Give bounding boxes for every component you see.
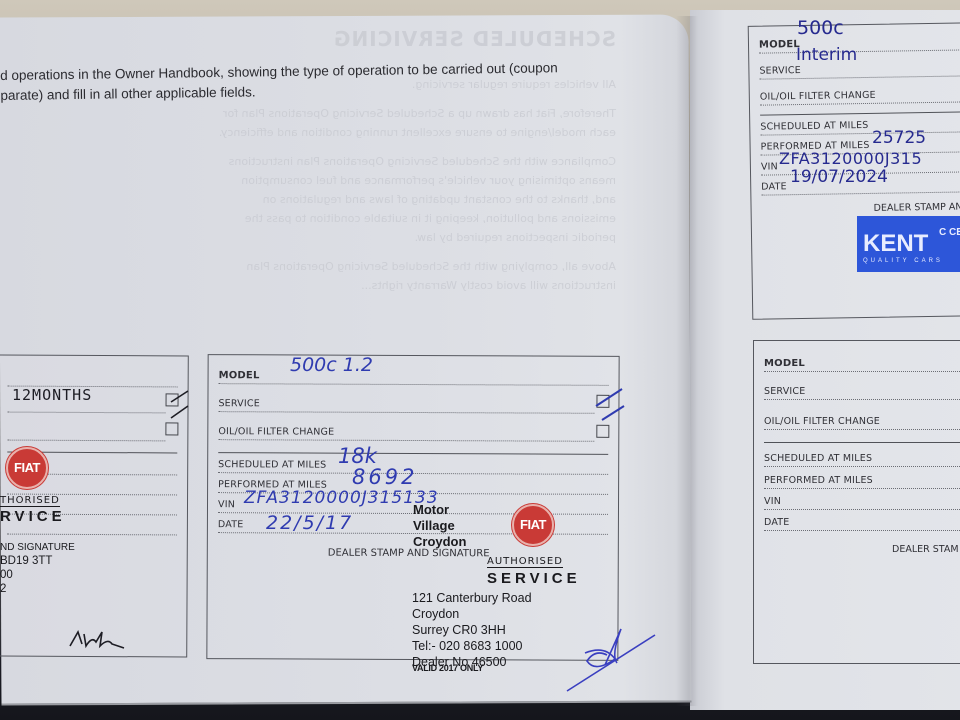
model-label: MODEL (764, 358, 805, 369)
stamp-validity: VALID 2017 ONLY (412, 663, 483, 673)
vin-label: VIN (761, 161, 778, 172)
dealer-stamp-label: ND SIGNATURE (0, 542, 75, 553)
book-gutter (676, 16, 698, 706)
oil-filter-row (7, 426, 165, 442)
scheduled-label: SCHEDULED AT MILES (764, 453, 872, 464)
service-handwritten-value: Interim (796, 45, 857, 65)
kent-dealer-stamp: KENT C CEN QUALITY CARS (857, 216, 960, 272)
dealer-name-line: Croydon (413, 534, 466, 550)
ghost-paragraph: Above all, complying with the Scheduled … (216, 257, 616, 295)
dealer-stamp-label: DEALER STAMP AN (874, 201, 960, 213)
model-label: MODEL (219, 370, 260, 381)
dealer-address: 121 Canterbury Road Croydon Surrey CR0 3… (412, 590, 532, 670)
date-handwritten-value: 19/07/2024 (790, 167, 888, 187)
performed-handwritten-value: 25725 (872, 128, 926, 148)
dealer-name-line: Motor (413, 502, 466, 518)
scheduled-row: SCHEDULED AT MILES (764, 452, 960, 467)
service-label: SERVICE (218, 398, 260, 409)
oil-filter-row: OIL/OIL FILTER CHANGE (218, 425, 594, 442)
vin-handwritten-value: ZFA3120000J315133 (244, 488, 439, 508)
service-stamp-label: RVICE (0, 508, 66, 525)
stamp-address-line: BD19 3TT (0, 555, 52, 567)
performed-handwritten-value: 8692 (352, 465, 417, 489)
address-line: Croydon (412, 606, 532, 622)
vin-label: VIN (218, 499, 235, 510)
oil-filter-row: OIL/OIL FILTER CHANGE (760, 87, 960, 105)
stamp-address-line: 2 (0, 583, 6, 595)
service-coupon-right-bottom: MODEL SERVICE OIL/OIL FILTER CHANGE SCHE… (753, 340, 960, 664)
vin-label: VIN (764, 496, 781, 507)
date-row: DATE (764, 516, 960, 531)
authorised-label: AUTHORISED (487, 556, 563, 568)
dealer-stamp: Motor Village Croydon (413, 502, 466, 550)
oil-filter-label: OIL/OIL FILTER CHANGE (764, 416, 880, 427)
oil-filter-checkbox[interactable] (596, 425, 609, 438)
date-label: DATE (764, 517, 790, 528)
model-handwritten-value: 500c (797, 17, 844, 39)
dealer-name-line: Village (413, 518, 466, 534)
section-divider (218, 452, 608, 455)
service-row: SERVICE (759, 61, 960, 79)
checkmark-icon (592, 386, 626, 426)
date-label: DATE (218, 519, 244, 530)
scheduled-row: SCHEDULED AT MILES (760, 117, 960, 135)
service-label: SERVICE (764, 386, 805, 397)
vin-handwritten-value: ZFA3120000J315 (779, 149, 922, 168)
date-handwritten-value: 22/5/17 (266, 512, 353, 534)
service-row: SERVICE (218, 397, 594, 414)
fiat-logo: FIAT (512, 504, 554, 546)
stamp-subtitle: C CEN (939, 228, 960, 238)
signature-icon (68, 626, 128, 654)
ghost-paragraph: Therefore, Fiat has drawn up a Scheduled… (216, 104, 616, 142)
model-row: MODEL (759, 35, 960, 53)
address-line: Tel:- 020 8683 1000 (412, 638, 532, 654)
dealer-stamp-label: DEALER STAM (892, 544, 959, 555)
vin-row: VIN (764, 495, 960, 510)
oil-filter-label: OIL/OIL FILTER CHANGE (760, 90, 876, 103)
address-line: 121 Canterbury Road (412, 590, 532, 606)
performed-label: PERFORMED AT MILES (764, 475, 873, 486)
model-row: MODEL (764, 357, 960, 372)
oil-filter-label: OIL/OIL FILTER CHANGE (218, 426, 334, 438)
scheduled-label: SCHEDULED AT MILES (218, 459, 326, 470)
service-row: SERVICE (764, 385, 960, 400)
service-label: SERVICE (759, 65, 801, 77)
checkmark-icon (168, 388, 192, 428)
stamp-brand: KENT (863, 230, 928, 258)
ghost-paragraph: Compliance with the Scheduled Servicing … (216, 152, 616, 247)
service-stamp-label: SERVICE (487, 570, 581, 587)
model-handwritten-value: 500c 1.2 (290, 354, 373, 376)
oil-filter-row: OIL/OIL FILTER CHANGE (764, 415, 960, 430)
scheduled-label: SCHEDULED AT MILES (760, 120, 868, 133)
section-divider (760, 111, 960, 115)
fiat-logo: FIAT (6, 447, 48, 489)
authorised-label: THORISED (0, 495, 60, 507)
date-label: DATE (761, 181, 787, 192)
signature-icon (565, 625, 665, 695)
model-label: MODEL (759, 39, 800, 51)
stamp-address-line: 00 (0, 569, 13, 581)
ghost-heading: SCHEDULED SERVICING (216, 30, 616, 49)
section-divider (764, 442, 960, 443)
performed-row: PERFORMED AT MILES (764, 474, 960, 489)
stamp-tagline: QUALITY CARS (863, 258, 943, 264)
model-row: MODEL (219, 369, 609, 386)
service-handwritten-value: 12MONTHS (12, 386, 92, 404)
address-line: Surrey CR0 3HH (412, 622, 532, 638)
